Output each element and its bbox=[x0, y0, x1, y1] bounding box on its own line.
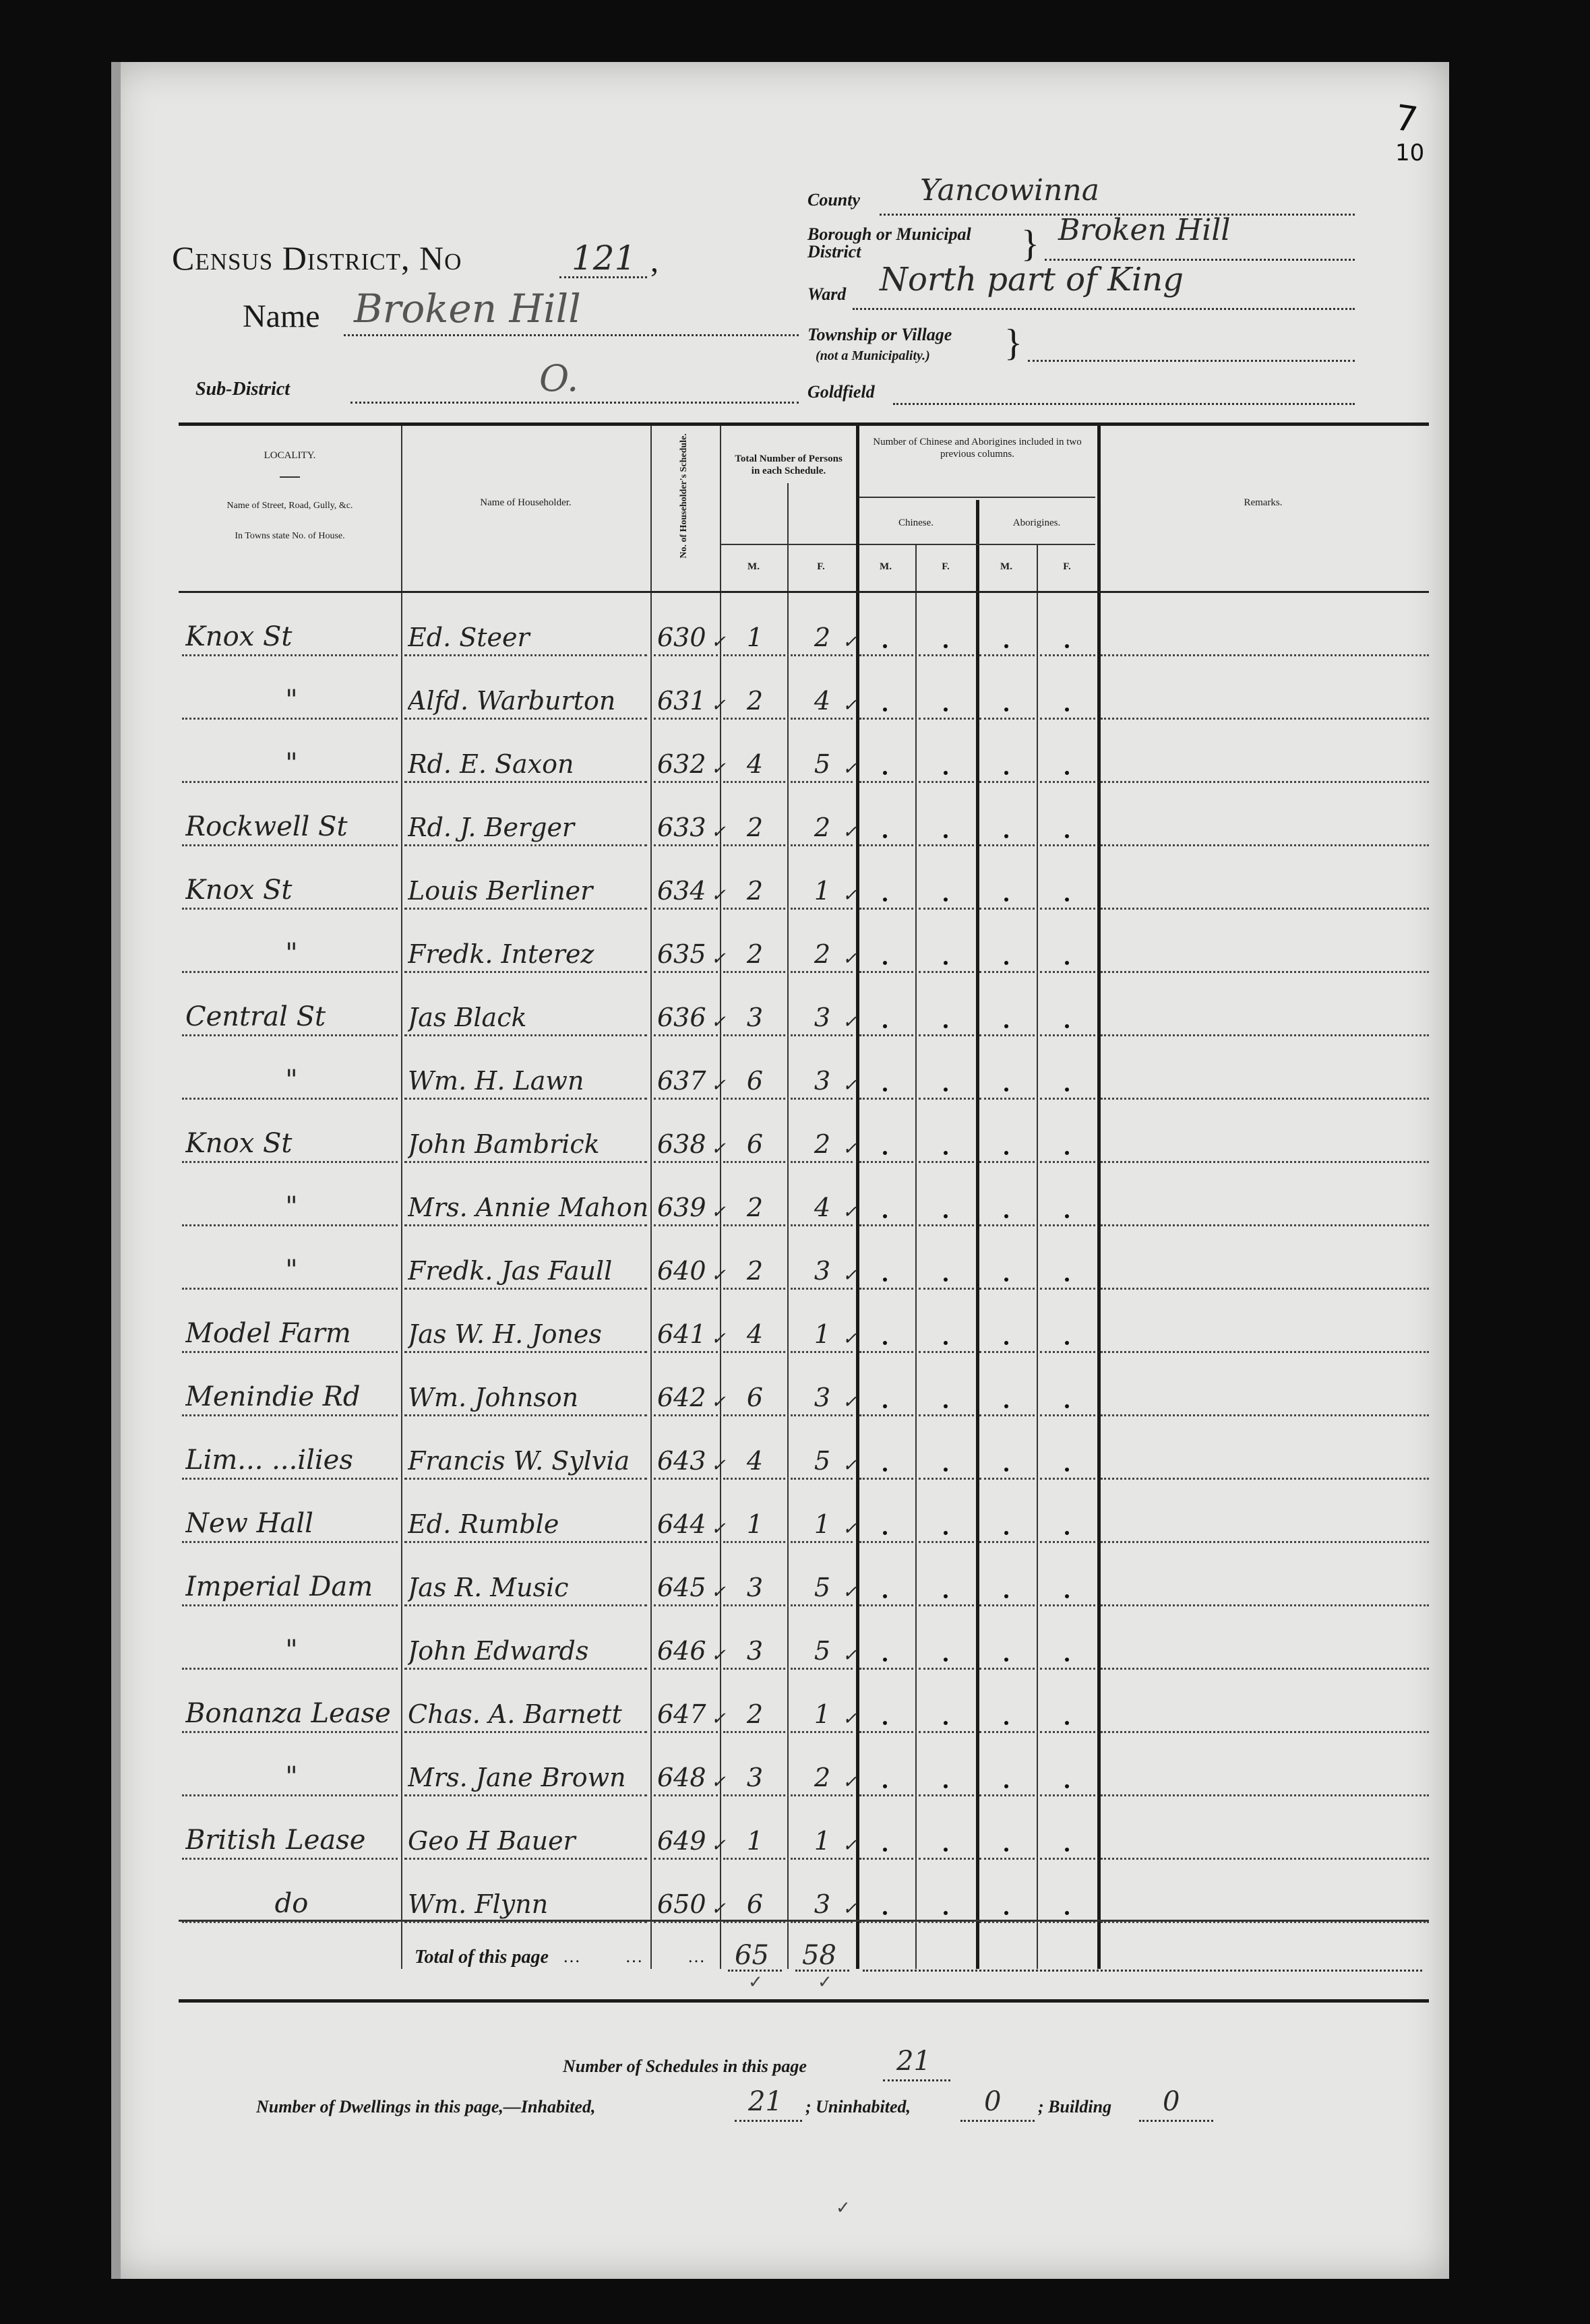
nil-dot-mark bbox=[1004, 1911, 1008, 1915]
locality-cell: Knox St bbox=[185, 875, 398, 906]
dotted-rule bbox=[654, 971, 718, 973]
householder-cell: Fredk. Interez bbox=[408, 939, 647, 969]
check-mark: ✓ bbox=[711, 1519, 726, 1539]
dotted-rule bbox=[404, 1478, 647, 1480]
table-top-rule bbox=[179, 422, 1429, 426]
nil-dot-mark bbox=[1065, 1088, 1069, 1092]
check-mark: ✓ bbox=[711, 1392, 726, 1412]
schedule-no-cell: 647 bbox=[657, 1699, 718, 1729]
nil-dot-mark bbox=[1004, 1721, 1008, 1725]
dotted-rule bbox=[182, 1604, 398, 1606]
nil-dot-mark bbox=[1004, 644, 1008, 648]
dotted-rule bbox=[1040, 1098, 1095, 1100]
schedule-no-cell: 644 bbox=[657, 1509, 718, 1539]
dotted-rule bbox=[1040, 908, 1095, 910]
dotted-rule bbox=[1040, 1604, 1095, 1606]
total-m-cell: 2 bbox=[728, 1699, 782, 1729]
dotted-rule bbox=[979, 1731, 1035, 1733]
dotted-rule bbox=[723, 844, 785, 846]
dotted-rule bbox=[979, 718, 1035, 720]
nil-dot-mark bbox=[1065, 1151, 1069, 1155]
dotted-rule bbox=[723, 1794, 785, 1796]
nil-dot-mark bbox=[883, 1341, 887, 1345]
check-mark: ✓ bbox=[843, 885, 857, 906]
schedule-no-cell: 643 bbox=[657, 1446, 718, 1476]
householder-cell: Wm. Johnson bbox=[408, 1383, 647, 1412]
dotted-rule bbox=[919, 1098, 974, 1100]
locality-cell: Model Farm bbox=[185, 1318, 398, 1349]
dotted-rule bbox=[1040, 1224, 1095, 1226]
census-table: LOCALITY. Name of Street, Road, Gully, &… bbox=[179, 422, 1429, 2040]
schedule-no-cell: 635 bbox=[657, 939, 718, 969]
dotted-rule bbox=[791, 1224, 853, 1226]
brace: } bbox=[1004, 321, 1022, 365]
census-district-no: 121 bbox=[572, 239, 636, 278]
table-row: Rockwell StRd. J. Berger63322✓✓ bbox=[179, 799, 1429, 846]
total-f-cell: 3 bbox=[795, 1383, 849, 1412]
dotted-rule bbox=[723, 1098, 785, 1100]
nil-dot-mark bbox=[1065, 1404, 1069, 1408]
nil-dot-mark bbox=[944, 1088, 948, 1092]
nil-dot-mark bbox=[1004, 1151, 1008, 1155]
locality-cell: " bbox=[185, 1191, 398, 1222]
dotted-rule bbox=[979, 1541, 1035, 1543]
check-mark: ✓ bbox=[711, 1645, 726, 1666]
nil-dot-mark bbox=[883, 1658, 887, 1662]
dotted-rule bbox=[859, 718, 913, 720]
dotted-rule bbox=[1101, 908, 1429, 910]
total-m-cell: 2 bbox=[728, 813, 782, 842]
dotted-rule bbox=[654, 781, 718, 783]
dotted-rule bbox=[723, 1604, 785, 1606]
dotted-rule bbox=[404, 1161, 647, 1163]
dotted-rule bbox=[723, 654, 785, 656]
dotted-rule bbox=[859, 1478, 913, 1480]
total-m-cell: 2 bbox=[728, 1256, 782, 1286]
dotted-rule bbox=[1101, 1351, 1429, 1353]
dotted-rule bbox=[404, 718, 647, 720]
locality-cell: " bbox=[185, 1255, 398, 1286]
dotted-rule bbox=[723, 908, 785, 910]
householder-cell: John Edwards bbox=[408, 1636, 647, 1666]
dotted-rule bbox=[182, 1224, 398, 1226]
folio-number-top: 7 bbox=[1393, 98, 1420, 141]
goldfield-label: Goldfield bbox=[807, 382, 875, 402]
dotted-rule bbox=[654, 1224, 718, 1226]
nil-dot-mark bbox=[1004, 898, 1008, 902]
dotted-rule bbox=[404, 1351, 647, 1353]
nil-dot-mark bbox=[883, 1531, 887, 1535]
dotted-rule bbox=[723, 1858, 785, 1860]
check-mark: ✓ bbox=[711, 1455, 726, 1476]
total-f-cell: 4 bbox=[795, 1193, 849, 1222]
schedule-no-cell: 631 bbox=[657, 686, 718, 716]
dotted-rule bbox=[791, 1794, 853, 1796]
dotted-rule bbox=[979, 781, 1035, 783]
totals-f-field: 58 bbox=[795, 1947, 849, 1972]
check-mark: ✓ bbox=[843, 1265, 857, 1286]
nil-dot-mark bbox=[1065, 1278, 1069, 1282]
check-mark: ✓ bbox=[711, 1265, 726, 1286]
nil-dot-mark bbox=[944, 1531, 948, 1535]
householder-cell: Wm. H. Lawn bbox=[408, 1066, 647, 1096]
census-district-field: 121 bbox=[559, 243, 647, 278]
table-row: Model FarmJas W. H. Jones64141✓✓ bbox=[179, 1306, 1429, 1353]
schedule-no-cell: 645 bbox=[657, 1573, 718, 1602]
dotted-rule bbox=[919, 1351, 974, 1353]
dotted-rule bbox=[1101, 1414, 1429, 1416]
dotted-rule bbox=[919, 1288, 974, 1290]
dotted-rule bbox=[1040, 1668, 1095, 1670]
total-m-cell: 6 bbox=[728, 1129, 782, 1159]
householder-cell: Alfd. Warburton bbox=[408, 686, 647, 716]
header-dash bbox=[280, 476, 300, 478]
locality-cell: " bbox=[185, 748, 398, 779]
dotted-rule bbox=[859, 1161, 913, 1163]
table-row: "Mrs. Jane Brown64832✓✓ bbox=[179, 1749, 1429, 1796]
nil-dot-mark bbox=[944, 1911, 948, 1915]
schedule-no-cell: 636 bbox=[657, 1003, 718, 1032]
dotted-rule bbox=[182, 1541, 398, 1543]
header-aborigines-f: F. bbox=[1037, 561, 1097, 573]
nil-dot-mark bbox=[944, 1594, 948, 1598]
dotted-rule bbox=[791, 1731, 853, 1733]
dotted-rule bbox=[919, 844, 974, 846]
schedules-value: 21 bbox=[896, 2046, 931, 2077]
dotted-rule bbox=[723, 1034, 785, 1036]
dotted-rule bbox=[723, 1478, 785, 1480]
check-mark: ✓ bbox=[843, 632, 857, 652]
nil-dot-mark bbox=[944, 898, 948, 902]
nil-dot-mark bbox=[1065, 1784, 1069, 1788]
table-row: "John Edwards64635✓✓ bbox=[179, 1623, 1429, 1670]
dotted-rule bbox=[919, 781, 974, 783]
nil-dot-mark bbox=[944, 1721, 948, 1725]
dotted-rule bbox=[791, 1541, 853, 1543]
total-f-cell: 5 bbox=[795, 1573, 849, 1602]
dotted-rule bbox=[1101, 1794, 1429, 1796]
total-f-cell: 2 bbox=[795, 939, 849, 969]
table-row: Lim... ...iliesFrancis W. Sylvia64345✓✓ bbox=[179, 1433, 1429, 1480]
nil-dot-mark bbox=[1065, 1214, 1069, 1218]
householder-cell: Rd. J. Berger bbox=[408, 813, 647, 842]
nil-dot-mark bbox=[1004, 708, 1008, 712]
dotted-rule bbox=[859, 844, 913, 846]
dotted-rule bbox=[182, 908, 398, 910]
township-label: Township or Village bbox=[807, 325, 952, 345]
dotted-rule bbox=[791, 1478, 853, 1480]
dotted-rule bbox=[723, 1541, 785, 1543]
check-mark: ✓ bbox=[843, 1329, 857, 1349]
check-mark: ✓ bbox=[843, 1392, 857, 1412]
building-value: 0 bbox=[1163, 2086, 1180, 2117]
dotted-rule bbox=[791, 1034, 853, 1036]
nil-dot-mark bbox=[944, 1848, 948, 1852]
total-f-cell: 3 bbox=[795, 1066, 849, 1096]
dotted-rule bbox=[404, 1858, 647, 1860]
dotted-rule bbox=[859, 1858, 913, 1860]
dotted-rule bbox=[723, 1161, 785, 1163]
dotted-rule bbox=[919, 654, 974, 656]
check-mark: ✓ bbox=[843, 1582, 857, 1602]
dotted-rule bbox=[723, 1351, 785, 1353]
dotted-rule bbox=[723, 1731, 785, 1733]
dotted-rule bbox=[1040, 1161, 1095, 1163]
dotted-rule bbox=[404, 1224, 647, 1226]
total-f-cell: 3 bbox=[795, 1003, 849, 1032]
table-row: Menindie RdWm. Johnson64263✓✓ bbox=[179, 1369, 1429, 1416]
nil-dot-mark bbox=[1004, 1024, 1008, 1028]
total-f-cell: 1 bbox=[795, 1826, 849, 1856]
nil-dot-mark bbox=[1065, 1721, 1069, 1725]
dotted-rule bbox=[1040, 1414, 1095, 1416]
check-mark: ✓ bbox=[711, 1835, 726, 1856]
check-mark: ✓ bbox=[843, 695, 857, 716]
nil-dot-mark bbox=[944, 1024, 948, 1028]
dotted-rule bbox=[654, 1541, 718, 1543]
dotted-rule bbox=[1040, 1541, 1095, 1543]
check-mark: ✓ bbox=[711, 949, 726, 969]
header-locality: LOCALITY. bbox=[179, 449, 401, 462]
nil-dot-mark bbox=[1065, 1658, 1069, 1662]
dotted-rule bbox=[1040, 718, 1095, 720]
schedule-no-cell: 632 bbox=[657, 749, 718, 779]
nil-dot-mark bbox=[944, 1468, 948, 1472]
dotted-rule bbox=[404, 908, 647, 910]
nil-dot-mark bbox=[883, 1911, 887, 1915]
schedules-label: Number of Schedules in this page bbox=[563, 2056, 807, 2077]
nil-dot-mark bbox=[1004, 1531, 1008, 1535]
check-mark: ✓ bbox=[711, 632, 726, 652]
householder-cell: Jas R. Music bbox=[408, 1573, 647, 1602]
nil-dot-mark bbox=[883, 1404, 887, 1408]
dotted-rule bbox=[182, 971, 398, 973]
borough-value: Broken Hill bbox=[1058, 213, 1230, 247]
nil-dot-mark bbox=[944, 1404, 948, 1408]
dotted-rule bbox=[404, 1034, 647, 1036]
nil-dot-mark bbox=[883, 1151, 887, 1155]
header-locality-sub1: Name of Street, Road, Gully, &c. bbox=[212, 500, 367, 512]
header-chinese-aborigines: Number of Chinese and Aborigines include… bbox=[866, 436, 1089, 460]
dotted-rule bbox=[919, 1858, 974, 1860]
dotted-rule bbox=[791, 908, 853, 910]
nil-dot-mark bbox=[1004, 1468, 1008, 1472]
check-mark: ✓ bbox=[836, 2198, 851, 2218]
dotted-rule bbox=[791, 1604, 853, 1606]
dotted-rule bbox=[654, 1351, 718, 1353]
total-m-cell: 6 bbox=[728, 1066, 782, 1096]
dotted-rule bbox=[654, 1668, 718, 1670]
nil-dot-mark bbox=[1004, 1214, 1008, 1218]
schedule-no-cell: 648 bbox=[657, 1763, 718, 1792]
nil-dot-mark bbox=[944, 708, 948, 712]
nil-dot-mark bbox=[883, 708, 887, 712]
nil-dot-mark bbox=[883, 1721, 887, 1725]
dotted-rule bbox=[919, 1224, 974, 1226]
locality-cell: Imperial Dam bbox=[185, 1571, 398, 1602]
check-mark: ✓ bbox=[843, 1835, 857, 1856]
dotted-rule bbox=[404, 1604, 647, 1606]
township-field bbox=[1028, 344, 1355, 362]
nil-dot-mark bbox=[944, 1341, 948, 1345]
dotted-rule bbox=[654, 1161, 718, 1163]
nil-dot-mark bbox=[1004, 961, 1008, 965]
table-row: Knox StJohn Bambrick63862✓✓ bbox=[179, 1116, 1429, 1163]
nil-dot-mark bbox=[1004, 1848, 1008, 1852]
locality-cell: New Hall bbox=[185, 1508, 398, 1539]
nil-dot-mark bbox=[1004, 1404, 1008, 1408]
totals-remaining-field bbox=[863, 1947, 1422, 1972]
dotted-rule bbox=[654, 1794, 718, 1796]
inhabited-field: 21 bbox=[735, 2097, 802, 2122]
dotted-rule bbox=[654, 654, 718, 656]
dotted-rule bbox=[791, 1288, 853, 1290]
dotted-rule bbox=[791, 654, 853, 656]
dotted-rule bbox=[723, 971, 785, 973]
totals-m: 65 bbox=[735, 1940, 769, 1971]
dotted-rule bbox=[979, 1224, 1035, 1226]
dotted-rule bbox=[859, 1794, 913, 1796]
total-m-cell: 4 bbox=[728, 1319, 782, 1349]
table-row: British LeaseGeo H Bauer64911✓✓ bbox=[179, 1813, 1429, 1860]
dotted-rule bbox=[859, 654, 913, 656]
table-row: "Alfd. Warburton63124✓✓ bbox=[179, 672, 1429, 720]
dotted-rule bbox=[1101, 1541, 1429, 1543]
locality-cell: Menindie Rd bbox=[185, 1381, 398, 1412]
locality-cell: Knox St bbox=[185, 621, 398, 652]
dotted-rule bbox=[979, 1098, 1035, 1100]
total-m-cell: 3 bbox=[728, 1763, 782, 1792]
nil-dot-mark bbox=[883, 1278, 887, 1282]
dotted-rule bbox=[723, 781, 785, 783]
check-mark: ✓ bbox=[711, 1772, 726, 1792]
dotted-rule bbox=[859, 1414, 913, 1416]
locality-cell: " bbox=[185, 1635, 398, 1666]
dotted-rule bbox=[182, 1034, 398, 1036]
sub-district-value: O. bbox=[539, 357, 578, 400]
check-mark: ✓ bbox=[843, 1455, 857, 1476]
dotted-rule bbox=[723, 718, 785, 720]
dotted-rule bbox=[859, 971, 913, 973]
total-m-cell: 1 bbox=[728, 623, 782, 652]
totals-f: 58 bbox=[802, 1940, 836, 1971]
check-mark: ✓ bbox=[711, 1709, 726, 1729]
dotted-rule bbox=[979, 1478, 1035, 1480]
check-mark: ✓ bbox=[843, 1012, 857, 1032]
nil-dot-mark bbox=[1065, 1341, 1069, 1345]
dotted-rule bbox=[979, 1161, 1035, 1163]
nil-dot-mark bbox=[1065, 708, 1069, 712]
nil-dot-mark bbox=[1065, 1848, 1069, 1852]
check-mark: ✓ bbox=[843, 1519, 857, 1539]
nil-dot-mark bbox=[944, 834, 948, 838]
locality-cell: " bbox=[185, 1761, 398, 1792]
check-mark: ✓ bbox=[843, 1772, 857, 1792]
dotted-rule bbox=[979, 1794, 1035, 1796]
householder-cell: Rd. E. Saxon bbox=[408, 749, 647, 779]
dotted-rule bbox=[1101, 1034, 1429, 1036]
dotted-rule bbox=[859, 1224, 913, 1226]
name-label: Name bbox=[243, 298, 320, 335]
dwellings-label: Number of Dwellings in this page,—Inhabi… bbox=[256, 2097, 595, 2117]
census-district-label: Census District, No bbox=[172, 239, 462, 278]
dotted-rule bbox=[791, 1668, 853, 1670]
nil-dot-mark bbox=[1004, 1278, 1008, 1282]
col-divider bbox=[976, 500, 979, 1969]
table-row: "Rd. E. Saxon63245✓✓ bbox=[179, 736, 1429, 783]
total-m-cell: 6 bbox=[728, 1889, 782, 1919]
dotted-rule bbox=[654, 844, 718, 846]
dotted-rule bbox=[182, 1414, 398, 1416]
locality-cell: Rockwell St bbox=[185, 811, 398, 842]
goldfield-field bbox=[893, 387, 1355, 405]
dotted-rule bbox=[859, 1351, 913, 1353]
dotted-rule bbox=[919, 1478, 974, 1480]
table-row: Knox StEd. Steer63012✓✓ bbox=[179, 609, 1429, 656]
dotted-rule bbox=[1040, 1731, 1095, 1733]
dotted-rule bbox=[919, 1731, 974, 1733]
total-f-cell: 2 bbox=[795, 623, 849, 652]
uninhabited-value: 0 bbox=[984, 2086, 1001, 2117]
table-row: Central StJas Black63633✓✓ bbox=[179, 989, 1429, 1036]
total-f-cell: 1 bbox=[795, 1699, 849, 1729]
table-row: "Wm. H. Lawn63763✓✓ bbox=[179, 1053, 1429, 1100]
dotted-rule bbox=[919, 1794, 974, 1796]
dotted-rule bbox=[791, 1351, 853, 1353]
dotted-rule bbox=[791, 971, 853, 973]
dotted-rule bbox=[979, 844, 1035, 846]
total-f-cell: 1 bbox=[795, 876, 849, 906]
nil-dot-mark bbox=[944, 1658, 948, 1662]
dotted-rule bbox=[654, 1288, 718, 1290]
dotted-rule bbox=[919, 1161, 974, 1163]
table-row: doWm. Flynn65063✓✓ bbox=[179, 1876, 1429, 1923]
dotted-rule bbox=[979, 1858, 1035, 1860]
dotted-rule bbox=[791, 718, 853, 720]
dotted-rule bbox=[1101, 971, 1429, 973]
dotted-rule bbox=[182, 1478, 398, 1480]
sub-district-label: Sub-District bbox=[195, 379, 290, 400]
total-m-cell: 1 bbox=[728, 1826, 782, 1856]
check-mark: ✓ bbox=[711, 1139, 726, 1159]
dotted-rule bbox=[654, 1858, 718, 1860]
dotted-rule bbox=[404, 781, 647, 783]
dotted-rule bbox=[723, 1288, 785, 1290]
dotted-rule bbox=[723, 1668, 785, 1670]
total-f-cell: 5 bbox=[795, 749, 849, 779]
table-row: New HallEd. Rumble64411✓✓ bbox=[179, 1496, 1429, 1543]
dotted-rule bbox=[182, 1351, 398, 1353]
dotted-rule bbox=[1040, 1351, 1095, 1353]
header-bottom-rule bbox=[179, 591, 1429, 593]
locality-cell: do bbox=[185, 1888, 398, 1919]
header-schedule-no: No. of Householder's Schedule. bbox=[678, 415, 690, 577]
header-aborigines: Aborigines. bbox=[976, 517, 1097, 529]
householder-cell: John Bambrick bbox=[408, 1129, 647, 1159]
dotted-rule bbox=[979, 1351, 1035, 1353]
total-m-cell: 2 bbox=[728, 686, 782, 716]
locality-cell: Central St bbox=[185, 1001, 398, 1032]
table-row: Knox StLouis Berliner63421✓✓ bbox=[179, 862, 1429, 910]
check-mark: ✓ bbox=[843, 1709, 857, 1729]
total-m-cell: 3 bbox=[728, 1636, 782, 1666]
dotted-rule bbox=[859, 908, 913, 910]
dotted-rule bbox=[404, 971, 647, 973]
header-rule bbox=[859, 544, 1095, 545]
nil-dot-mark bbox=[944, 1278, 948, 1282]
county-value: Yancowinna bbox=[920, 173, 1099, 208]
check-mark: ✓ bbox=[748, 1972, 763, 1992]
